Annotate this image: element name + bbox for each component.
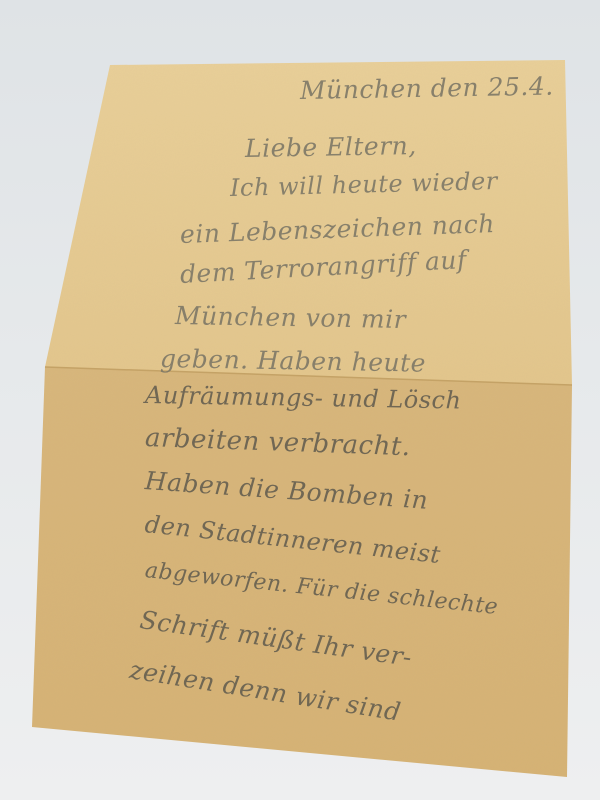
photo-scene: München den 25.4. Liebe Eltern, Ich will… [0, 0, 600, 800]
letter-line: Aufräumungs- und Lösch [145, 381, 462, 415]
letter-line: München von mir [175, 301, 407, 334]
letter-line: geben. Haben heute [160, 344, 426, 378]
letter-salutation: Liebe Eltern, [245, 131, 417, 163]
letter-date: München den 25.4. [300, 72, 554, 105]
